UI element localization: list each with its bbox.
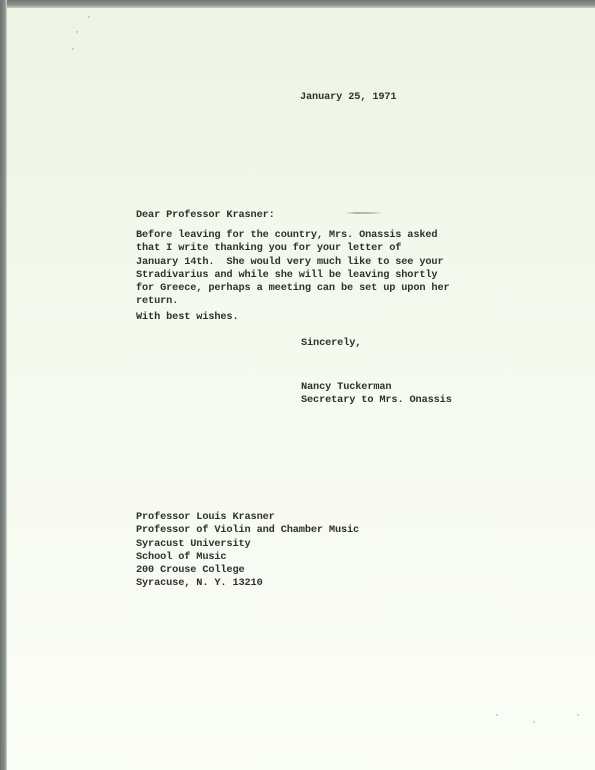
address-line: 200 Crouse College: [136, 564, 359, 577]
paper-speck: [76, 31, 78, 33]
closing-wishes: With best wishes.: [136, 311, 239, 324]
body-line: Before leaving for the country, Mrs. Ona…: [136, 229, 450, 242]
body-line: that I write thanking you for your lette…: [136, 242, 450, 255]
paper-speck: [496, 714, 498, 716]
body-line: January 14th. She would very much like t…: [136, 256, 450, 269]
paper-speck: [533, 721, 535, 723]
signature-block: Nancy TuckermanSecretary to Mrs. Onassis: [301, 381, 452, 408]
body-line: for Greece, perhaps a meeting can be set…: [136, 282, 450, 295]
paper-speck: [72, 48, 74, 50]
address-line: Syracuse, N. Y. 13210: [136, 577, 359, 590]
sign-off: Sincerely,: [301, 337, 361, 350]
letter-body: Before leaving for the country, Mrs. Ona…: [136, 229, 450, 309]
scanner-edge-left: [0, 0, 7, 770]
paper-speck: [577, 714, 579, 716]
body-line: return.: [136, 295, 450, 308]
letter-date: January 25, 1971: [300, 91, 396, 104]
ink-smudge: [345, 212, 383, 214]
scanner-edge-top: [0, 0, 595, 8]
body-line: Stradivarius and while she will be leavi…: [136, 269, 450, 282]
salutation: Dear Professor Krasner:: [136, 209, 275, 222]
signer-name: Nancy Tuckerman: [301, 381, 452, 394]
address-line: School of Music: [136, 551, 359, 564]
address-line: Professor of Violin and Chamber Music: [136, 524, 359, 537]
paper-speck: [88, 16, 90, 18]
signer-title: Secretary to Mrs. Onassis: [301, 394, 452, 407]
recipient-address: Professor Louis KrasnerProfessor of Viol…: [136, 511, 359, 591]
address-line: Syracust University: [136, 538, 359, 551]
address-line: Professor Louis Krasner: [136, 511, 359, 524]
